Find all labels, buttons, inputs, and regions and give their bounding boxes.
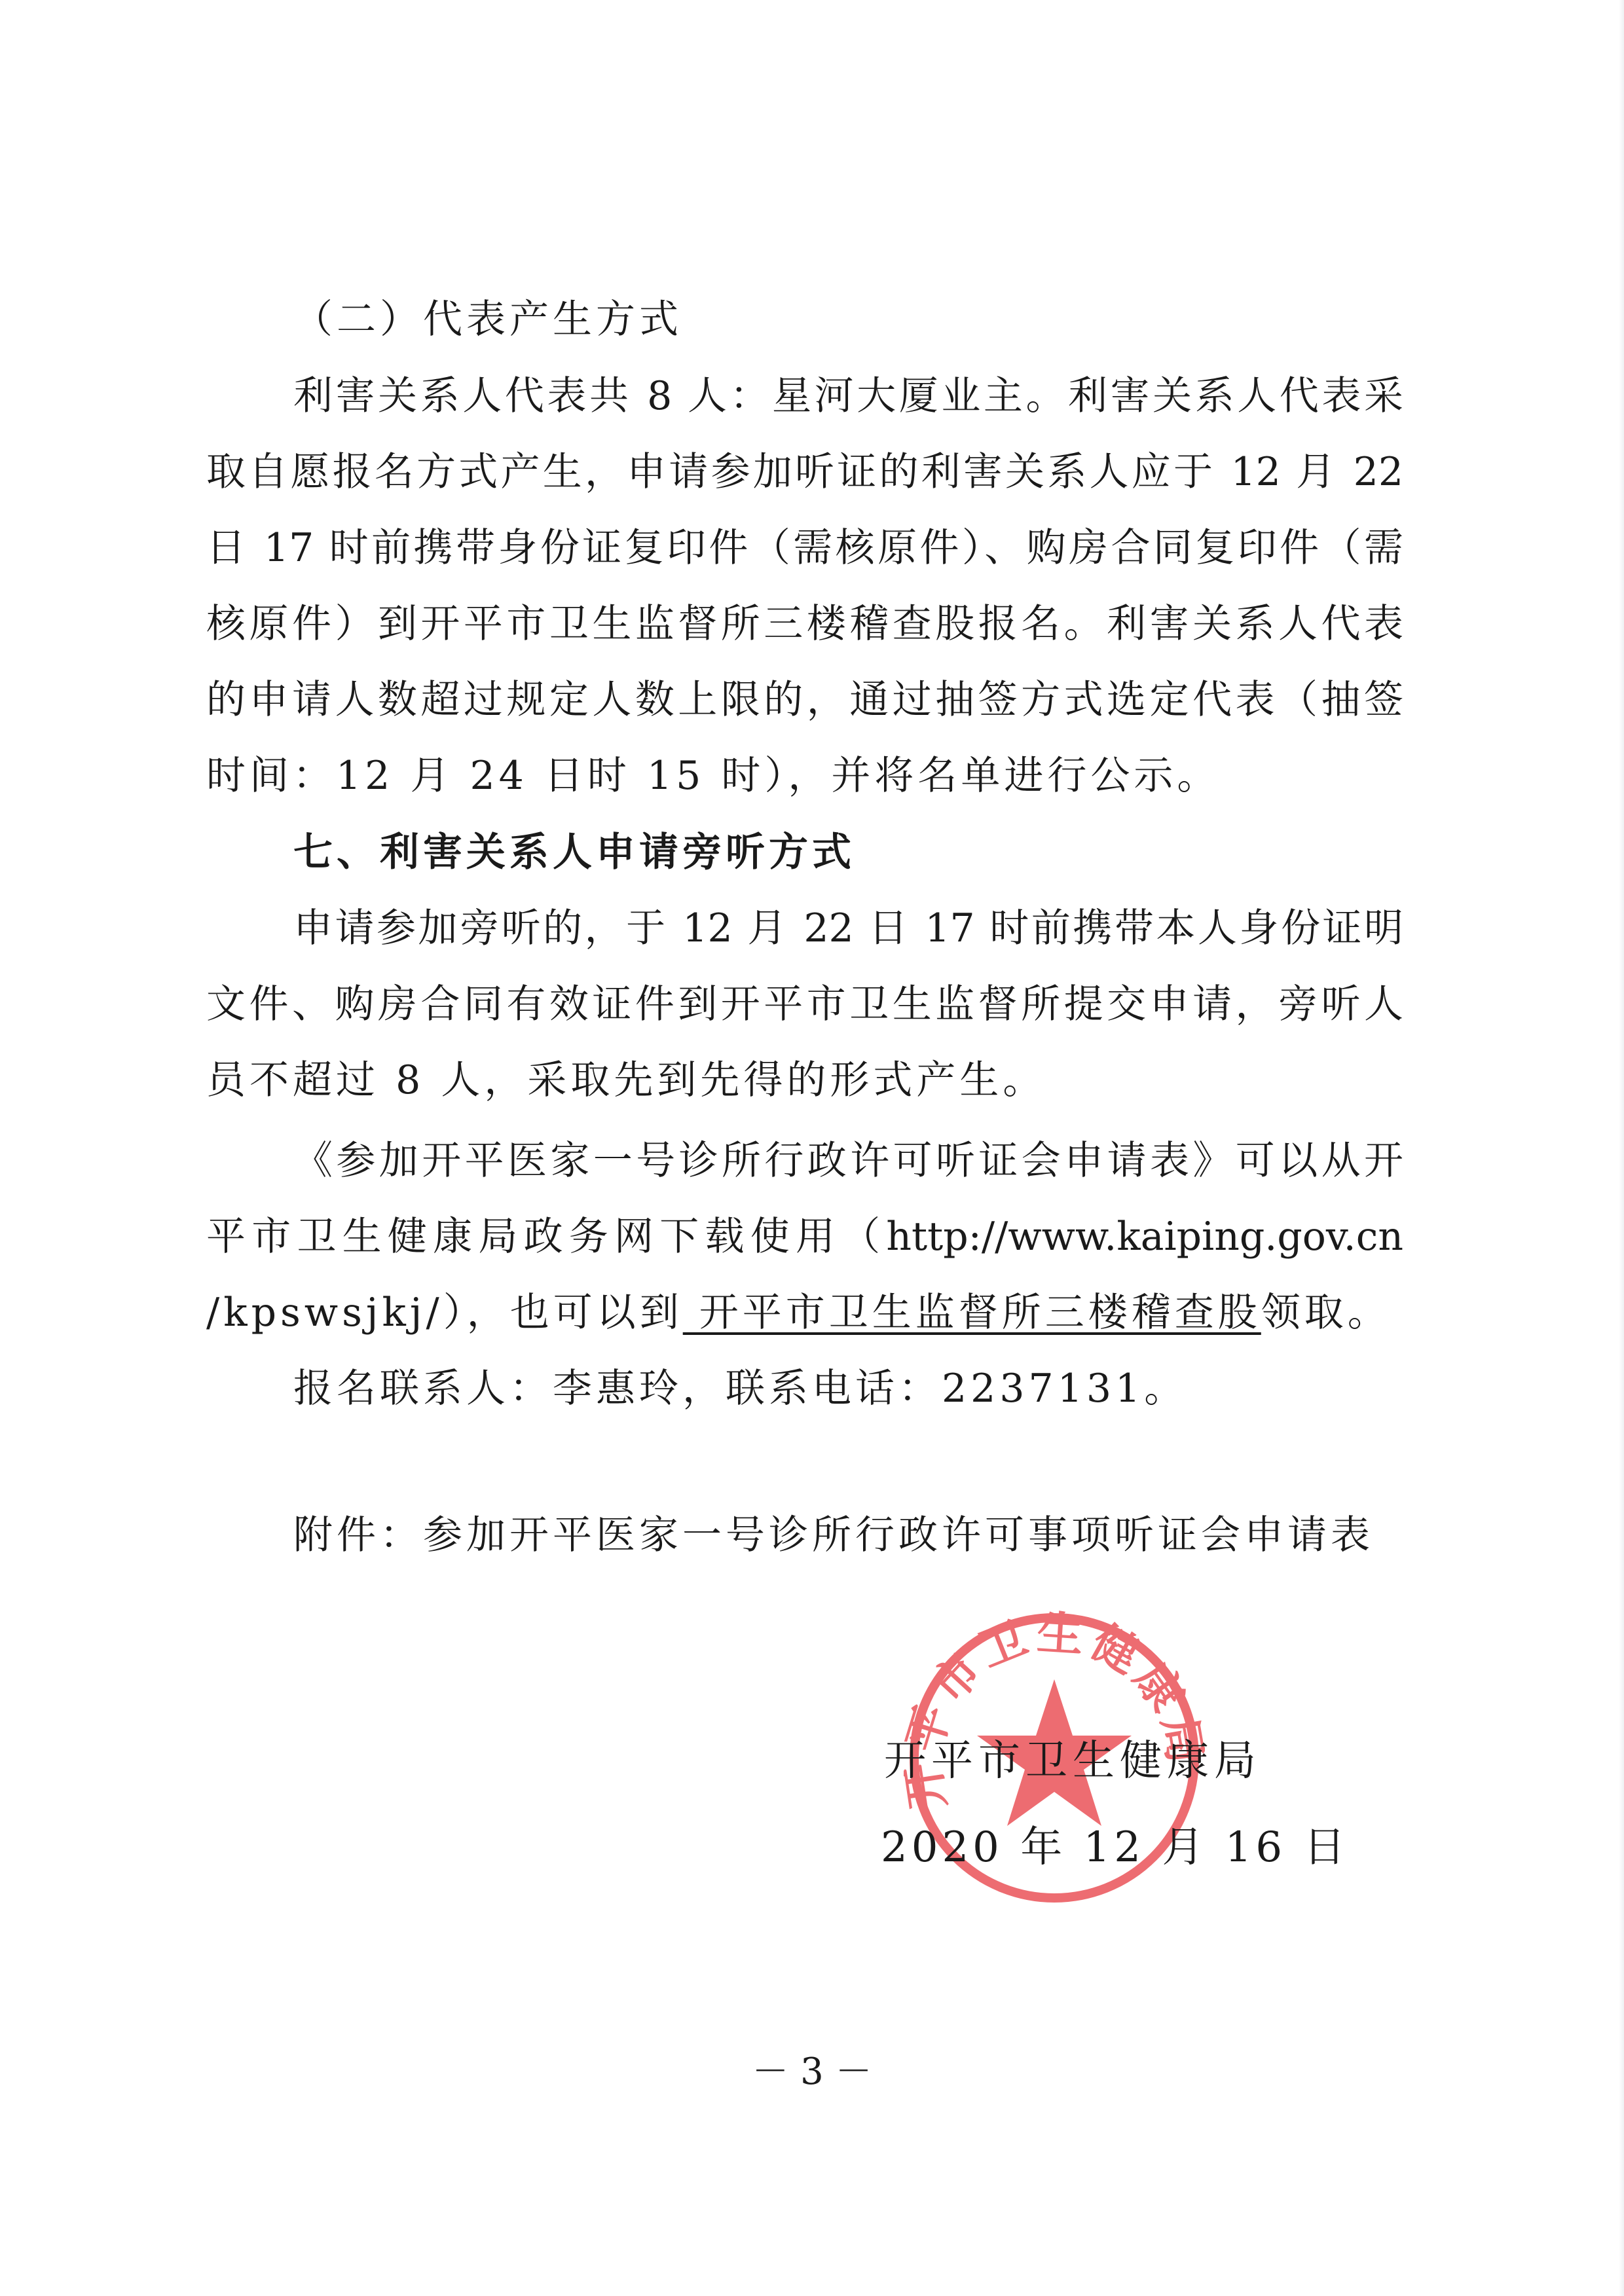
paragraph-line: 文件、购房合同有效证件到开平市卫生监督所提交申请，旁听人 [206,978,1403,1030]
document-page: （二）代表产生方式 利害关系人代表共 8 人：星河大厦业主。利害关系人代表采 取… [0,0,1624,2296]
page-number: － 3 － [733,2049,891,2095]
paragraph-line: /kpswsjkj/），也可以到 开平市卫生监督所三楼稽查股领取。 [206,1286,1403,1339]
scan-edge [1619,0,1624,2296]
paragraph-line: 《参加开平医家一号诊所行政许可听证会申请表》可以从开 [293,1135,1403,1187]
attachment-line: 附件：参加开平医家一号诊所行政许可事项听证会申请表 [293,1509,1403,1561]
pickup-location: 开平市卫生监督所三楼稽查股 [683,1290,1261,1336]
paragraph-line: 的申请人数超过规定人数上限的，通过抽签方式选定代表（抽签 [206,674,1403,726]
paragraph-line: 取自愿报名方式产生，申请参加听证的利害关系人应于 12 月 22 [206,446,1403,498]
signature-date: 2020 年 12 月 16 日 [881,1821,1349,1874]
url-tail: /kpswsjkj/），也可以到 [206,1290,683,1336]
contact-line: 报名联系人：李惠玲，联系电话：2237131。 [293,1362,1403,1415]
paragraph-suffix: 领取。 [1261,1290,1391,1336]
paragraph-line: 利害关系人代表共 8 人：星河大厦业主。利害关系人代表采 [293,370,1403,422]
paragraph-line: 核原件）到开平市卫生监督所三楼稽查股报名。利害关系人代表 [206,598,1403,650]
paragraph-line: 申请参加旁听的，于 12 月 22 日 17 时前携带本人身份证明 [293,902,1403,955]
paragraph-line: 平市卫生健康局政务网下载使用（http://www.kaiping.gov.cn [206,1211,1403,1263]
paragraph-line: 日 17 时前携带身份证复印件（需核原件）、购房合同复印件（需 [206,522,1403,574]
sub-section-heading: （二）代表产生方式 [293,293,1403,346]
paragraph-line: 员不超过 8 人，采取先到先得的形式产生。 [206,1054,1403,1106]
signature-organization: 开平市卫生健康局 [884,1735,1261,1787]
paragraph-line: 时间：12 月 24 日时 15 时），并将名单进行公示。 [206,750,1403,802]
section-heading: 七、利害关系人申请旁听方式 [293,826,1403,879]
